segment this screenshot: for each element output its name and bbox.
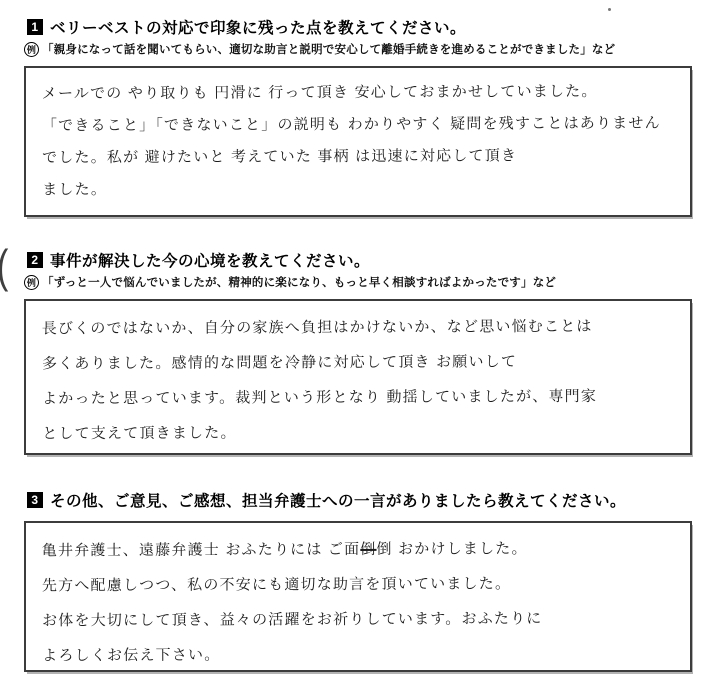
handwritten-line: ました。	[42, 172, 674, 207]
answer-box-1: メールでの やり取りも 円滑に 行って頂き 安心しておまかせしていました。「でき…	[24, 66, 692, 217]
question-1-example: 例 「親身になって話を聞いてもらい、適切な助言と説明で安心して離婚手続きを進める…	[24, 41, 615, 57]
handwritten-line: でした。私が 避けたいと 考えていた 事柄 は迅速に対応して頂き	[42, 140, 674, 175]
handwritten-line: 多くありました。感情的な問題を冷静に対応して頂き お願いして	[42, 344, 674, 382]
question-2-example: 例 「ずっと一人で悩んでいましたが、精神的に楽になり、もっと早く相談すればよかっ…	[24, 274, 556, 290]
crossed-out-text: 倒	[360, 541, 376, 558]
handwritten-line: として支えて頂きました。	[42, 414, 674, 452]
question-1-header: 1 ベリーベストの対応で印象に残った点を教えてください。	[27, 16, 466, 38]
example-circle-icon: 例	[24, 275, 39, 290]
handwritten-answer-3: 亀井弁護士、遠藤弁護士 おふたりには ご面倒倒 おかけしました。先方へ配慮しつつ…	[42, 531, 675, 674]
question-2-number-badge: 2	[27, 252, 43, 268]
handwritten-text: 倒 おかけしました。	[376, 540, 527, 558]
handwritten-line: お体を大切にして頂き、益々の活躍をお祈りしています。おふたりに	[42, 601, 674, 639]
handwritten-answer-2: 長びくのではないか、自分の家族へ負担はかけないか、など思い悩むことは多くありまし…	[42, 309, 675, 452]
question-2-header: 2 事件が解決した今の心境を教えてください。	[27, 249, 370, 271]
question-1-example-text: 「親身になって話を聞いてもらい、適切な助言と説明で安心して離婚手続きを進めること…	[42, 41, 615, 57]
answer-box-3: 亀井弁護士、遠藤弁護士 おふたりには ご面倒倒 おかけしました。先方へ配慮しつつ…	[24, 521, 692, 672]
handwritten-line: 亀井弁護士、遠藤弁護士 おふたりには ご面倒倒 おかけしました。	[42, 531, 674, 569]
answer-box-2: 長びくのではないか、自分の家族へ負担はかけないか、など思い悩むことは多くありまし…	[24, 299, 692, 455]
question-2-title: 事件が解決した今の心境を教えてください。	[50, 249, 370, 271]
question-1-number-badge: 1	[27, 19, 43, 35]
scan-artifact-mark: (	[0, 243, 8, 289]
question-3-number-badge: 3	[27, 492, 43, 508]
scanned-survey-page: ( 1 ベリーベストの対応で印象に残った点を教えてください。 例 「親身になって…	[0, 0, 712, 700]
handwritten-line: よろしくお伝え下さい。	[42, 636, 674, 674]
example-circle-icon: 例	[24, 42, 39, 57]
handwritten-answer-1: メールでの やり取りも 円滑に 行って頂き 安心しておまかせしていました。「でき…	[42, 76, 675, 207]
question-3-header: 3 その他、ご意見、ご感想、担当弁護士への一言がありましたら教えてください。	[27, 489, 626, 511]
handwritten-line: 長びくのではないか、自分の家族へ負担はかけないか、など思い悩むことは	[42, 309, 674, 347]
handwritten-line: メールでの やり取りも 円滑に 行って頂き 安心しておまかせしていました。	[42, 76, 674, 111]
handwritten-line: 先方へ配慮しつつ、私の不安にも適切な助言を頂いていました。	[42, 566, 674, 604]
question-1-title: ベリーベストの対応で印象に残った点を教えてください。	[50, 16, 466, 38]
handwritten-text: 亀井弁護士、遠藤弁護士 おふたりには ご面	[42, 541, 361, 559]
question-2-example-text: 「ずっと一人で悩んでいましたが、精神的に楽になり、もっと早く相談すればよかったで…	[42, 274, 556, 290]
question-3-title: その他、ご意見、ご感想、担当弁護士への一言がありましたら教えてください。	[50, 489, 626, 511]
handwritten-line: 「できること」「できないこと」の説明も わかりやすく 疑問を残すことはありません	[42, 108, 674, 143]
handwritten-line: よかったと思っています。裁判という形となり 動揺していましたが、専門家	[42, 379, 674, 417]
scan-smudge	[608, 8, 611, 11]
